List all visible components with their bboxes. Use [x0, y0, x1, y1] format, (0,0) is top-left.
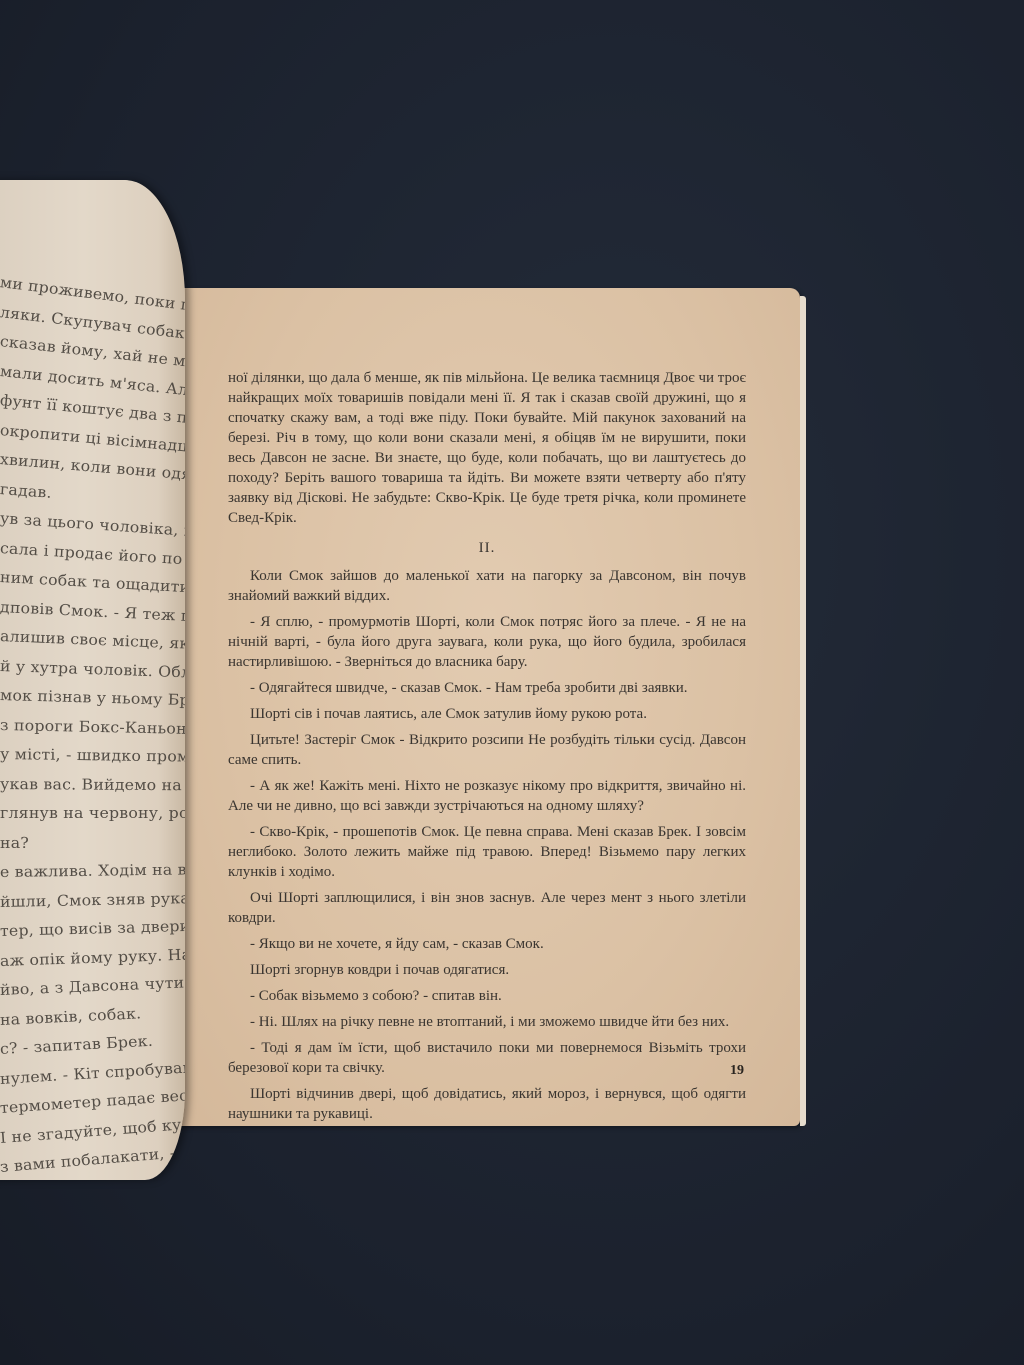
paragraph: - А як же! Кажіть мені. Ніхто не розказу… [228, 776, 746, 816]
paragraph: - Одягайтеся швидче, - сказав Смок. - На… [228, 678, 746, 698]
left-page-line: на? [0, 827, 185, 858]
section-heading: II. [228, 538, 746, 558]
left-page-line: у місті, - швидко промовив Брек ... [0, 740, 185, 772]
right-page: ної ділянки, що дала б менше, як пів міл… [178, 288, 800, 1126]
paragraph: - Якщо ви не хочете, я йду сам, - сказав… [228, 934, 746, 954]
left-page-line: укав вас. Вийдемо на вулицю, і ... [0, 770, 185, 801]
paragraph: - Я сплю, - промурмотів Шорті, коли Смок… [228, 612, 746, 672]
paragraph: ної ділянки, що дала б менше, як пів міл… [228, 368, 746, 528]
paragraph: Шорті відчинив двері, щоб довідатись, як… [228, 1084, 746, 1124]
left-page-curled: ми проживемо, поки піде річка, і ...ляки… [0, 180, 185, 1180]
paragraph: - Ні. Шлях на річку певне не втоптаний, … [228, 1012, 746, 1032]
left-page-line: глянув на червону, розжарену пі... [0, 799, 185, 829]
left-page-line: е важлива. Ходім на вулицю. [0, 855, 185, 887]
paragraph: - Тоді я дам їм їсти, щоб вистачило поки… [228, 1038, 746, 1078]
paragraph: - Собак візьмемо з собою? - спитав він. [228, 986, 746, 1006]
paragraph: Цитьте! Застеріг Смок - Відкрито розсипи… [228, 730, 746, 770]
paragraph: Шорті сів і почав лаятись, але Смок зату… [228, 704, 746, 724]
paragraph: Коли Смок зайшов до маленької хати на па… [228, 566, 746, 606]
page-number: 19 [730, 1063, 744, 1079]
right-page-text: ної ділянки, що дала б менше, як пів міл… [228, 368, 746, 1130]
paragraph: Очі Шорті заплющилися, і він знов заснув… [228, 888, 746, 928]
paragraph: - Скво-Крік, - прошепотів Смок. Це певна… [228, 822, 746, 882]
left-page-text: ми проживемо, поки піде річка, і ...ляки… [0, 268, 185, 1180]
paragraph: Шорті згорнув ковдри і почав одягатися. [228, 960, 746, 980]
left-page-line: з пороги Бокс-Каньон та Білі Ко... [0, 711, 185, 745]
